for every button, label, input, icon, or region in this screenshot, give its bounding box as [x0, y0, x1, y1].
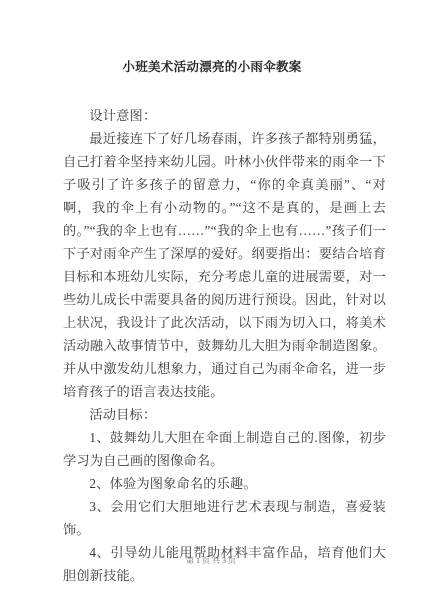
- goal-item-1: 1、鼓舞幼儿大胆在伞面上制造自己的.图像，初步学习为自己画的图像命名。: [63, 426, 386, 472]
- goal-item-2: 2、体验为图象命名的乐趣。: [63, 472, 386, 495]
- design-intent-heading: 设计意图：: [63, 104, 386, 127]
- document-page: 小班美术活动漂亮的小雨伞教案 设计意图： 最近接连下了好几场春雨，许多孩子都特别…: [0, 0, 424, 600]
- document-title: 小班美术活动漂亮的小雨伞教案: [0, 0, 424, 76]
- page-number-indicator: 第1页共3页: [0, 556, 424, 566]
- document-body: 设计意图： 最近接连下了好几场春雨，许多孩子都特别勇猛，自己打着伞坚持来幼儿园。…: [63, 104, 386, 587]
- goal-item-3: 3、会用它们大胆地进行艺术表现与制造，喜爱装饰。: [63, 495, 386, 541]
- design-intent-paragraph: 最近接连下了好几场春雨，许多孩子都特别勇猛，自己打着伞坚持来幼儿园。叶林小伙伴带…: [63, 127, 386, 403]
- activity-goals-heading: 活动目标：: [63, 403, 386, 426]
